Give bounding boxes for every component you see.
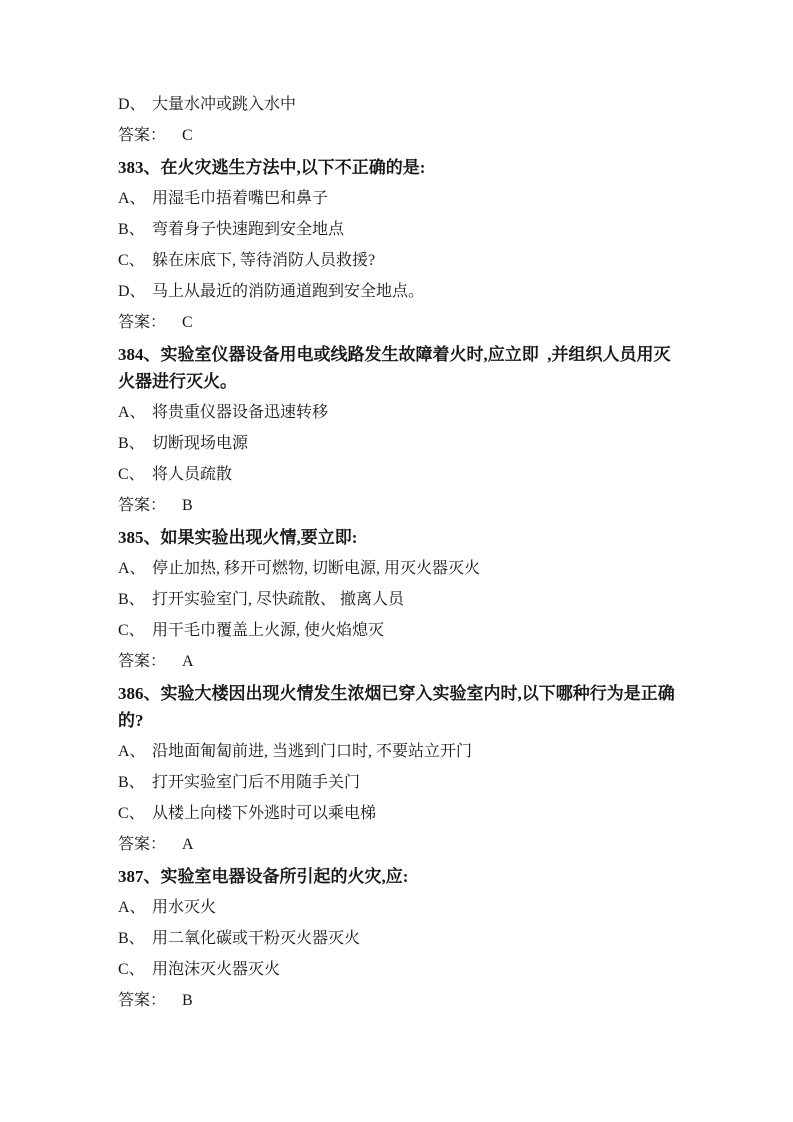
option-text: 用干毛巾覆盖上火源, 使火焰熄灭	[152, 622, 384, 639]
answer-row: 答案：A	[118, 648, 677, 675]
option-text: 用二氧化碳或干粉灭火器灭火	[152, 930, 360, 947]
option-text: 停止加热, 移开可燃物, 切断电源, 用灭火器灭火	[152, 560, 480, 577]
option-letter: B、	[118, 586, 152, 613]
answer-label: 答案：	[118, 492, 166, 519]
option-row: C、躲在床底下, 等待消防人员救援?	[118, 247, 677, 274]
question-heading: 385、如果实验出现火情,要立即:	[118, 524, 677, 551]
option-text: 切断现场电源	[152, 435, 248, 452]
option-row: B、用二氧化碳或干粉灭火器灭火	[118, 925, 677, 952]
option-text: 将贵重仪器设备迅速转移	[152, 404, 328, 421]
option-letter: C、	[118, 247, 152, 274]
option-text: 从楼上向楼下外逃时可以乘电梯	[152, 805, 376, 822]
question-block-384: 384、实验室仪器设备用电或线路发生故障着火时,应立即 ,并组织人员用灭火器进行…	[118, 341, 677, 519]
option-row: C、用干毛巾覆盖上火源, 使火焰熄灭	[118, 617, 677, 644]
answer-value: C	[182, 122, 193, 149]
option-row: D、马上从最近的消防通道跑到安全地点。	[118, 278, 677, 305]
question-number: 387、	[118, 863, 161, 890]
answer-label: 答案：	[118, 122, 166, 149]
option-text: 马上从最近的消防通道跑到安全地点。	[152, 283, 424, 300]
answer-value: A	[182, 648, 194, 675]
option-letter: A、	[118, 399, 152, 426]
question-block-386: 386、实验大楼因出现火情发生浓烟已穿入实验室内时,以下哪种行为是正确的? A、…	[118, 680, 677, 858]
question-title: 在火灾逃生方法中,以下不正确的是:	[161, 158, 426, 177]
option-letter: D、	[118, 91, 152, 118]
option-row: C、从楼上向楼下外逃时可以乘电梯	[118, 800, 677, 827]
option-row: A、将贵重仪器设备迅速转移	[118, 399, 677, 426]
option-row: C、将人员疏散	[118, 461, 677, 488]
option-letter: B、	[118, 769, 152, 796]
question-title: 实验室电器设备所引起的火灾,应:	[161, 867, 409, 886]
option-letter: A、	[118, 738, 152, 765]
option-row: B、切断现场电源	[118, 430, 677, 457]
option-row: B、打开实验室门, 尽快疏散、 撤离人员	[118, 586, 677, 613]
option-letter: C、	[118, 617, 152, 644]
answer-row: 答案：A	[118, 831, 677, 858]
option-row: C、用泡沫灭火器灭火	[118, 956, 677, 983]
option-text: 用湿毛巾捂着嘴巴和鼻子	[152, 190, 328, 207]
question-heading: 383、在火灾逃生方法中,以下不正确的是:	[118, 154, 677, 181]
option-text: 大量水冲或跳入水中	[152, 96, 296, 113]
option-row: A、沿地面匍匐前进, 当逃到门口时, 不要站立开门	[118, 738, 677, 765]
question-block-prev: D、大量水冲或跳入水中 答案：C	[118, 91, 677, 149]
answer-value: C	[182, 309, 193, 336]
answer-row: 答案：C	[118, 122, 677, 149]
answer-row: 答案：B	[118, 492, 677, 519]
question-block-387: 387、实验室电器设备所引起的火灾,应: A、用水灭火 B、用二氧化碳或干粉灭火…	[118, 863, 677, 1014]
question-block-383: 383、在火灾逃生方法中,以下不正确的是: A、用湿毛巾捂着嘴巴和鼻子 B、弯着…	[118, 154, 677, 336]
question-heading: 384、实验室仪器设备用电或线路发生故障着火时,应立即 ,并组织人员用灭火器进行…	[118, 341, 677, 395]
answer-label: 答案：	[118, 831, 166, 858]
question-title: 如果实验出现火情,要立即:	[161, 528, 358, 547]
option-letter: D、	[118, 278, 152, 305]
question-number: 386、	[118, 680, 161, 707]
question-title: 实验大楼因出现火情发生浓烟已穿入实验室内时,以下哪种行为是正确的?	[118, 684, 675, 730]
option-text: 将人员疏散	[152, 466, 232, 483]
option-text: 躲在床底下, 等待消防人员救援?	[152, 252, 375, 269]
option-row: A、停止加热, 移开可燃物, 切断电源, 用灭火器灭火	[118, 555, 677, 582]
answer-label: 答案：	[118, 648, 166, 675]
question-number: 384、	[118, 341, 161, 368]
question-number: 383、	[118, 154, 161, 181]
answer-label: 答案：	[118, 987, 166, 1014]
option-text: 打开实验室门后不用随手关门	[152, 774, 360, 791]
option-letter: A、	[118, 555, 152, 582]
option-text: 用水灭火	[152, 899, 216, 916]
question-title: 实验室仪器设备用电或线路发生故障着火时,应立即 ,并组织人员用灭火器进行灭火。	[118, 345, 671, 391]
option-text: 弯着身子快速跑到安全地点	[152, 221, 344, 238]
answer-row: 答案：B	[118, 987, 677, 1014]
option-row: D、大量水冲或跳入水中	[118, 91, 677, 118]
answer-value: B	[182, 987, 193, 1014]
answer-value: A	[182, 831, 194, 858]
question-heading: 386、实验大楼因出现火情发生浓烟已穿入实验室内时,以下哪种行为是正确的?	[118, 680, 677, 734]
question-number: 385、	[118, 524, 161, 551]
option-letter: C、	[118, 461, 152, 488]
option-letter: A、	[118, 185, 152, 212]
question-heading: 387、实验室电器设备所引起的火灾,应:	[118, 863, 677, 890]
option-text: 沿地面匍匐前进, 当逃到门口时, 不要站立开门	[152, 743, 472, 760]
option-text: 打开实验室门, 尽快疏散、 撤离人员	[152, 591, 404, 608]
option-row: B、弯着身子快速跑到安全地点	[118, 216, 677, 243]
document-page: D、大量水冲或跳入水中 答案：C 383、在火灾逃生方法中,以下不正确的是: A…	[0, 0, 793, 1122]
option-letter: B、	[118, 430, 152, 457]
option-row: A、用湿毛巾捂着嘴巴和鼻子	[118, 185, 677, 212]
option-letter: A、	[118, 894, 152, 921]
option-row: B、打开实验室门后不用随手关门	[118, 769, 677, 796]
option-letter: C、	[118, 800, 152, 827]
option-letter: B、	[118, 216, 152, 243]
answer-row: 答案：C	[118, 309, 677, 336]
answer-label: 答案：	[118, 309, 166, 336]
answer-value: B	[182, 492, 193, 519]
option-row: A、用水灭火	[118, 894, 677, 921]
option-letter: C、	[118, 956, 152, 983]
option-text: 用泡沫灭火器灭火	[152, 961, 280, 978]
option-letter: B、	[118, 925, 152, 952]
question-block-385: 385、如果实验出现火情,要立即: A、停止加热, 移开可燃物, 切断电源, 用…	[118, 524, 677, 675]
